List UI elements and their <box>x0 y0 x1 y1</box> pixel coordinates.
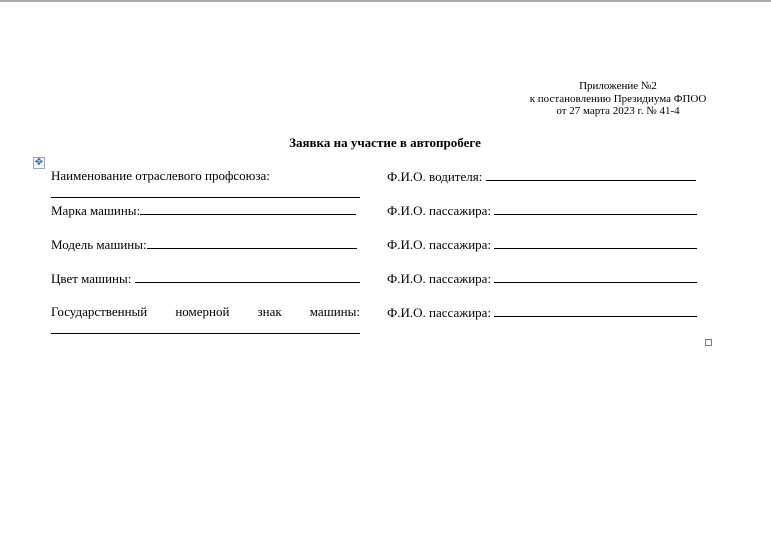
car-brand-label: Марка машины: <box>51 203 140 218</box>
passenger-3-label: Ф.И.О. пассажира: <box>387 271 491 286</box>
appendix-line-2: к постановлению Президиума ФПОО <box>500 93 736 106</box>
appendix-line-1: Приложение №2 <box>500 80 736 93</box>
plate-word: номерной <box>175 304 229 320</box>
appendix-line-3: от 27 марта 2023 г. № 41-4 <box>500 105 736 118</box>
passenger-2-label: Ф.И.О. пассажира: <box>387 237 491 252</box>
table-resize-handle-icon[interactable] <box>705 339 712 346</box>
passenger-2-input-line[interactable] <box>494 236 697 249</box>
passenger-1-field[interactable]: Ф.И.О. пассажира: <box>387 202 697 219</box>
car-color-label: Цвет машины: <box>51 271 131 286</box>
document-title: Заявка на участие в автопробеге <box>200 135 570 151</box>
passenger-2-field[interactable]: Ф.И.О. пассажира: <box>387 236 697 253</box>
driver-label: Ф.И.О. водителя: <box>387 169 482 184</box>
union-name-input-line[interactable] <box>51 197 360 198</box>
plate-number-label: Государственный номерной знак машины: <box>51 304 360 320</box>
passenger-1-label: Ф.И.О. пассажира: <box>387 203 491 218</box>
driver-input-line[interactable] <box>486 168 696 181</box>
passenger-1-input-line[interactable] <box>494 202 697 215</box>
passenger-4-input-line[interactable] <box>494 304 697 317</box>
plate-word: машины: <box>310 304 360 320</box>
car-color-input-line[interactable] <box>135 270 360 283</box>
plate-word: знак <box>258 304 282 320</box>
car-model-input-line[interactable] <box>147 236 357 249</box>
car-brand-input-line[interactable] <box>140 202 356 215</box>
car-model-field[interactable]: Модель машины: <box>51 236 357 253</box>
passenger-4-label: Ф.И.О. пассажира: <box>387 305 491 320</box>
passenger-3-input-line[interactable] <box>494 270 697 283</box>
plate-number-input-line[interactable] <box>51 333 360 334</box>
appendix-header: Приложение №2 к постановлению Президиума… <box>500 80 736 118</box>
union-name-label: Наименование отраслевого профсоюза: <box>51 168 270 184</box>
passenger-4-field[interactable]: Ф.И.О. пассажира: <box>387 304 697 321</box>
car-model-label: Модель машины: <box>51 237 147 252</box>
table-move-handle-icon[interactable]: ✥ <box>33 157 45 169</box>
plate-word: Государственный <box>51 304 147 320</box>
car-brand-field[interactable]: Марка машины: <box>51 202 356 219</box>
passenger-3-field[interactable]: Ф.И.О. пассажира: <box>387 270 697 287</box>
driver-field[interactable]: Ф.И.О. водителя: <box>387 168 696 185</box>
car-color-field[interactable]: Цвет машины: <box>51 270 360 287</box>
window-top-border <box>0 0 771 2</box>
